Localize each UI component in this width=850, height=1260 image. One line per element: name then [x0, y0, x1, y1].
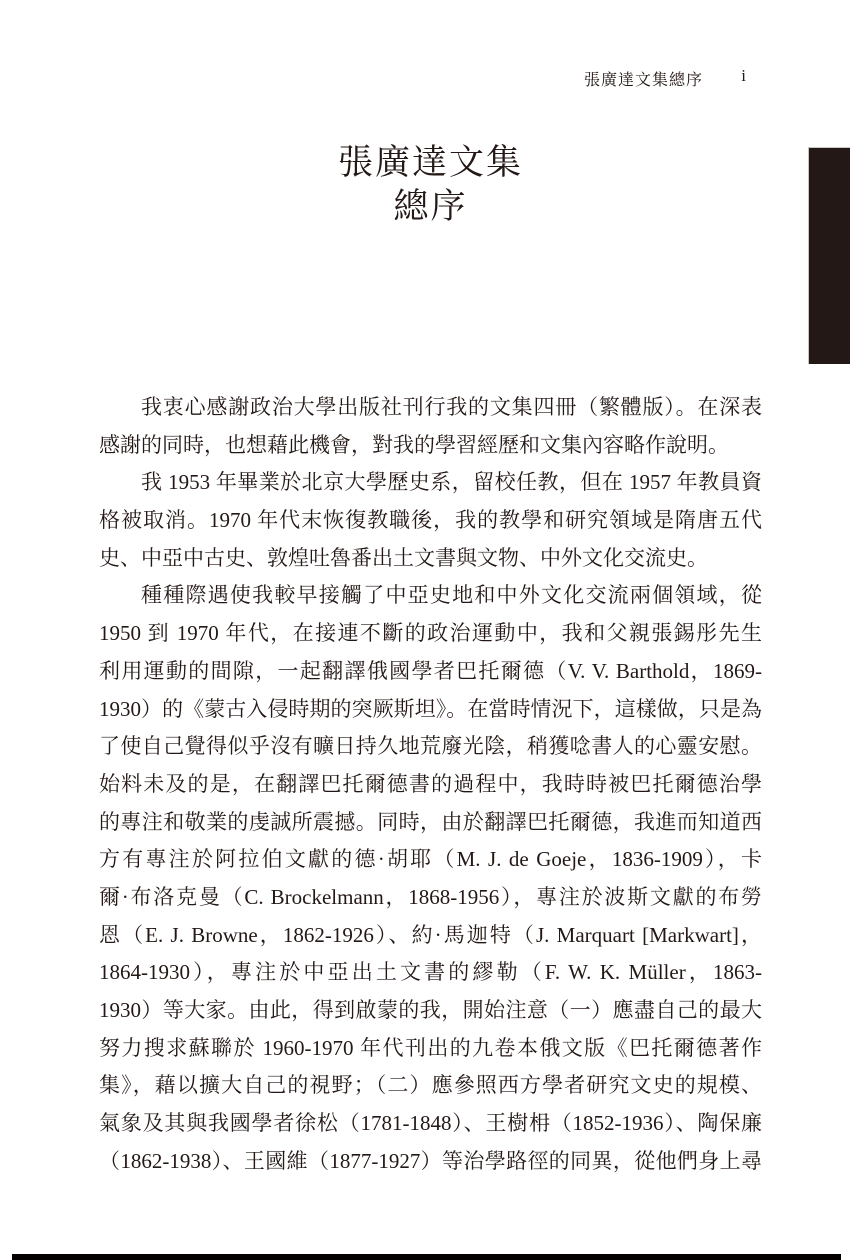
book-page: 張廣達文集總序 i 張廣達文集 總序 我衷心感謝政治大學出版社刊行我的文集四冊（… [0, 0, 850, 1260]
body-line: 方有專注於阿拉伯文獻的德·胡耶（M. J. de Goeje，1836-1909… [99, 841, 762, 879]
page-number: i [741, 66, 746, 86]
page-title: 張廣達文集 總序 [99, 141, 762, 229]
body-line: 努力搜求蘇聯於 1960-1970 年代刊出的九卷本俄文版《巴托爾德著作 [99, 1030, 762, 1068]
body-line: 感謝的同時，也想藉此機會，對我的學習經歷和文集內容略作說明。 [99, 427, 762, 465]
body-line: （1862-1938）、王國維（1877-1927）等治學路徑的同異，從他們身上… [99, 1143, 762, 1181]
body-line: 1950 到 1970 年代，在接連不斷的政治運動中，我和父親張錫彤先生 [99, 615, 762, 653]
thumb-index-tab [808, 147, 850, 364]
body-line: 利用運動的間隙，一起翻譯俄國學者巴托爾德（V. V. Barthold，1869… [99, 653, 762, 691]
body-line: 始料未及的是，在翻譯巴托爾德書的過程中，我時時被巴托爾德治學 [99, 766, 762, 804]
body-line: 1930）的《蒙古入侵時期的突厥斯坦》。在當時情況下，這樣做，只是為 [99, 691, 762, 729]
body-line: 1864-1930），專注於中亞出土文書的繆勒（F. W. K. Müller，… [99, 954, 762, 992]
body-line: 氣象及其與我國學者徐松（1781-1848）、王樹枏（1852-1936）、陶保… [99, 1105, 762, 1143]
body-line: 的專注和敬業的虔誠所震撼。同時，由於翻譯巴托爾德，我進而知道西 [99, 804, 762, 842]
bottom-edge-rule [12, 1254, 841, 1260]
body-line: 集》，藉以擴大自己的視野；（二）應參照西方學者研究文史的規模、 [99, 1067, 762, 1105]
body-line: 史、中亞中古史、敦煌吐魯番出土文書與文物、中外文化交流史。 [99, 540, 762, 578]
body-text: 我衷心感謝政治大學出版社刊行我的文集四冊（繁體版）。在深表感謝的同時，也想藉此機… [99, 389, 762, 1180]
page-title-line1: 張廣達文集 [99, 141, 762, 185]
body-line: 我衷心感謝政治大學出版社刊行我的文集四冊（繁體版）。在深表 [99, 389, 762, 427]
body-line: 1930）等大家。由此，得到啟蒙的我，開始注意（一）應盡自己的最大 [99, 992, 762, 1030]
body-line: 種種際遇使我較早接觸了中亞史地和中外文化交流兩個領域，從 [99, 577, 762, 615]
body-line: 了使自己覺得似乎沒有曠日持久地荒廢光陰，稍獲唸書人的心靈安慰。 [99, 728, 762, 766]
body-line: 爾·布洛克曼（C. Brockelmann，1868-1956），專注於波斯文獻… [99, 879, 762, 917]
body-line: 格被取消。1970 年代末恢復教職後，我的教學和研究領域是隋唐五代 [99, 502, 762, 540]
page-title-line2: 總序 [99, 185, 762, 229]
body-line: 我 1953 年畢業於北京大學歷史系，留校任教，但在 1957 年教員資 [99, 464, 762, 502]
body-line: 恩（E. J. Browne，1862-1926）、約·馬迦特（J. Marqu… [99, 917, 762, 955]
running-title: 張廣達文集總序 [584, 67, 703, 90]
